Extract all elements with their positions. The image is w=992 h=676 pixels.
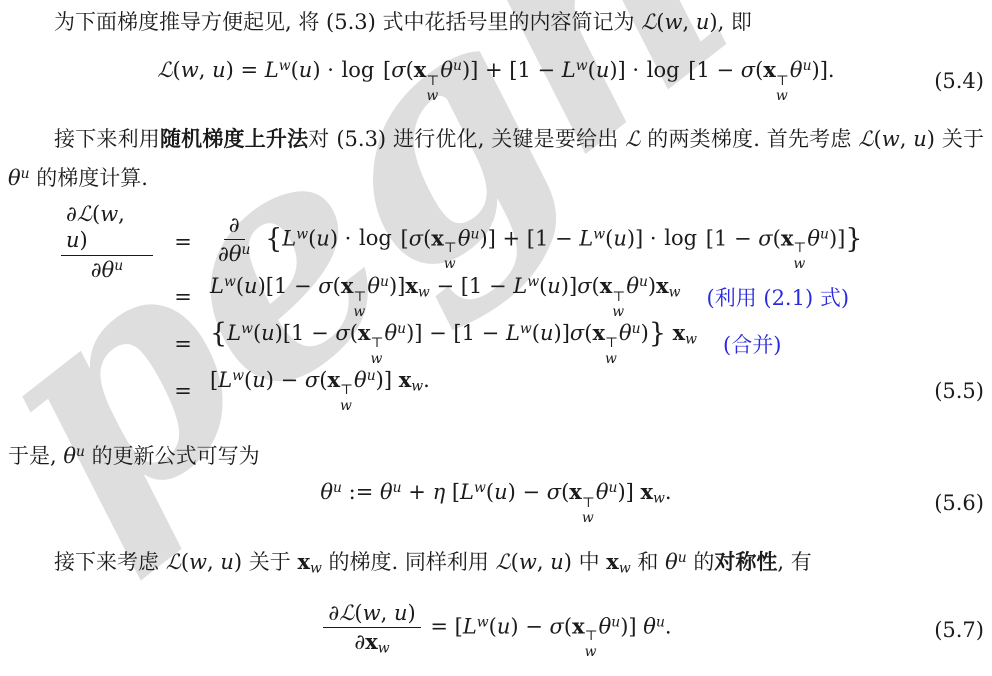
derivation-row: ∂ℒ(w, u)∂θu = ∂∂θu {Lw(u) · log [σ(x⊤wθu… [58, 210, 984, 274]
derivation-row: = [Lw(u) − σ(x⊤wθu)] xw. (5.5) [58, 367, 984, 414]
equation-5-6-math: θu := θu + η [Lw(u) − σ(x⊤wθu)] xw. [320, 479, 671, 527]
paragraph-symmetry: 接下来考虑 ℒ(w, u) 关于 xw 的梯度. 同样利用 ℒ(w, u) 中 … [8, 542, 984, 582]
equation-5-4: ℒ(w, u) = Lw(u) · log [σ(x⊤wθu)] + [1 − … [8, 54, 984, 108]
blue-note-merge: (合并) [723, 329, 781, 359]
equation-5-7: ∂ℒ(w, u)∂xw = [Lw(u) − σ(x⊤wθu)] θu. (5.… [8, 588, 984, 672]
equation-tag-5-5: (5.5) [934, 379, 984, 403]
derivation-rhs: ∂∂θu {Lw(u) · log [σ(x⊤wθu)] + [1 − Lw(u… [210, 212, 862, 273]
derivation-row: = {Lw(u)[1 − σ(x⊤wθu)] − [1 − Lw(u)]σ(x⊤… [58, 320, 984, 367]
equation-5-4-math: ℒ(w, u) = Lw(u) · log [σ(x⊤wθu)] + [1 − … [157, 57, 834, 105]
equation-tag-5-4: (5.4) [934, 69, 984, 93]
equals-sign: = [156, 332, 210, 356]
equals-sign: = [156, 285, 210, 309]
derivation-rhs: Lw(u)[1 − σ(x⊤wθu)]xw − [1 − Lw(u)]σ(x⊤w… [210, 273, 681, 321]
equation-5-7-math: ∂ℒ(w, u)∂xw = [Lw(u) − σ(x⊤wθu)] θu. [320, 600, 671, 661]
blue-note-use-eq21: (利用 (2.1) 式) [707, 282, 850, 312]
derivation-rhs: {Lw(u)[1 − σ(x⊤wθu)] − [1 − Lw(u)]σ(x⊤wθ… [210, 320, 697, 368]
document-page: peghoty 为下面梯度推导方便起见, 将 (5.3) 式中花括号里的内容简记… [0, 0, 992, 676]
equation-5-6: θu := θu + η [Lw(u) − σ(x⊤wθu)] xw. (5.6… [8, 478, 984, 528]
paragraph-intro-eq54: 为下面梯度推导方便起见, 将 (5.3) 式中花括号里的内容简记为 ℒ(w, u… [8, 3, 984, 42]
derivation-rhs: [Lw(u) − σ(x⊤wθu)] xw. [210, 367, 430, 415]
equation-tag-5-6: (5.6) [934, 491, 984, 515]
equation-tag-5-7: (5.7) [934, 618, 984, 642]
derivation-lhs-fraction: ∂ℒ(w, u)∂θu [58, 201, 156, 283]
equals-sign: = [156, 379, 210, 403]
derivation-block: ∂ℒ(w, u)∂θu = ∂∂θu {Lw(u) · log [σ(x⊤wθu… [58, 210, 984, 414]
paragraph-update-rule: 于是, θu 的更新公式可写为 [8, 437, 984, 476]
equals-sign: = [156, 230, 210, 254]
paragraph-sga-intro: 接下来利用随机梯度上升法对 (5.3) 进行优化, 关键是要给出 ℒ 的两类梯度… [8, 119, 984, 198]
derivation-row: = Lw(u)[1 − σ(x⊤wθu)]xw − [1 − Lw(u)]σ(x… [58, 274, 984, 320]
